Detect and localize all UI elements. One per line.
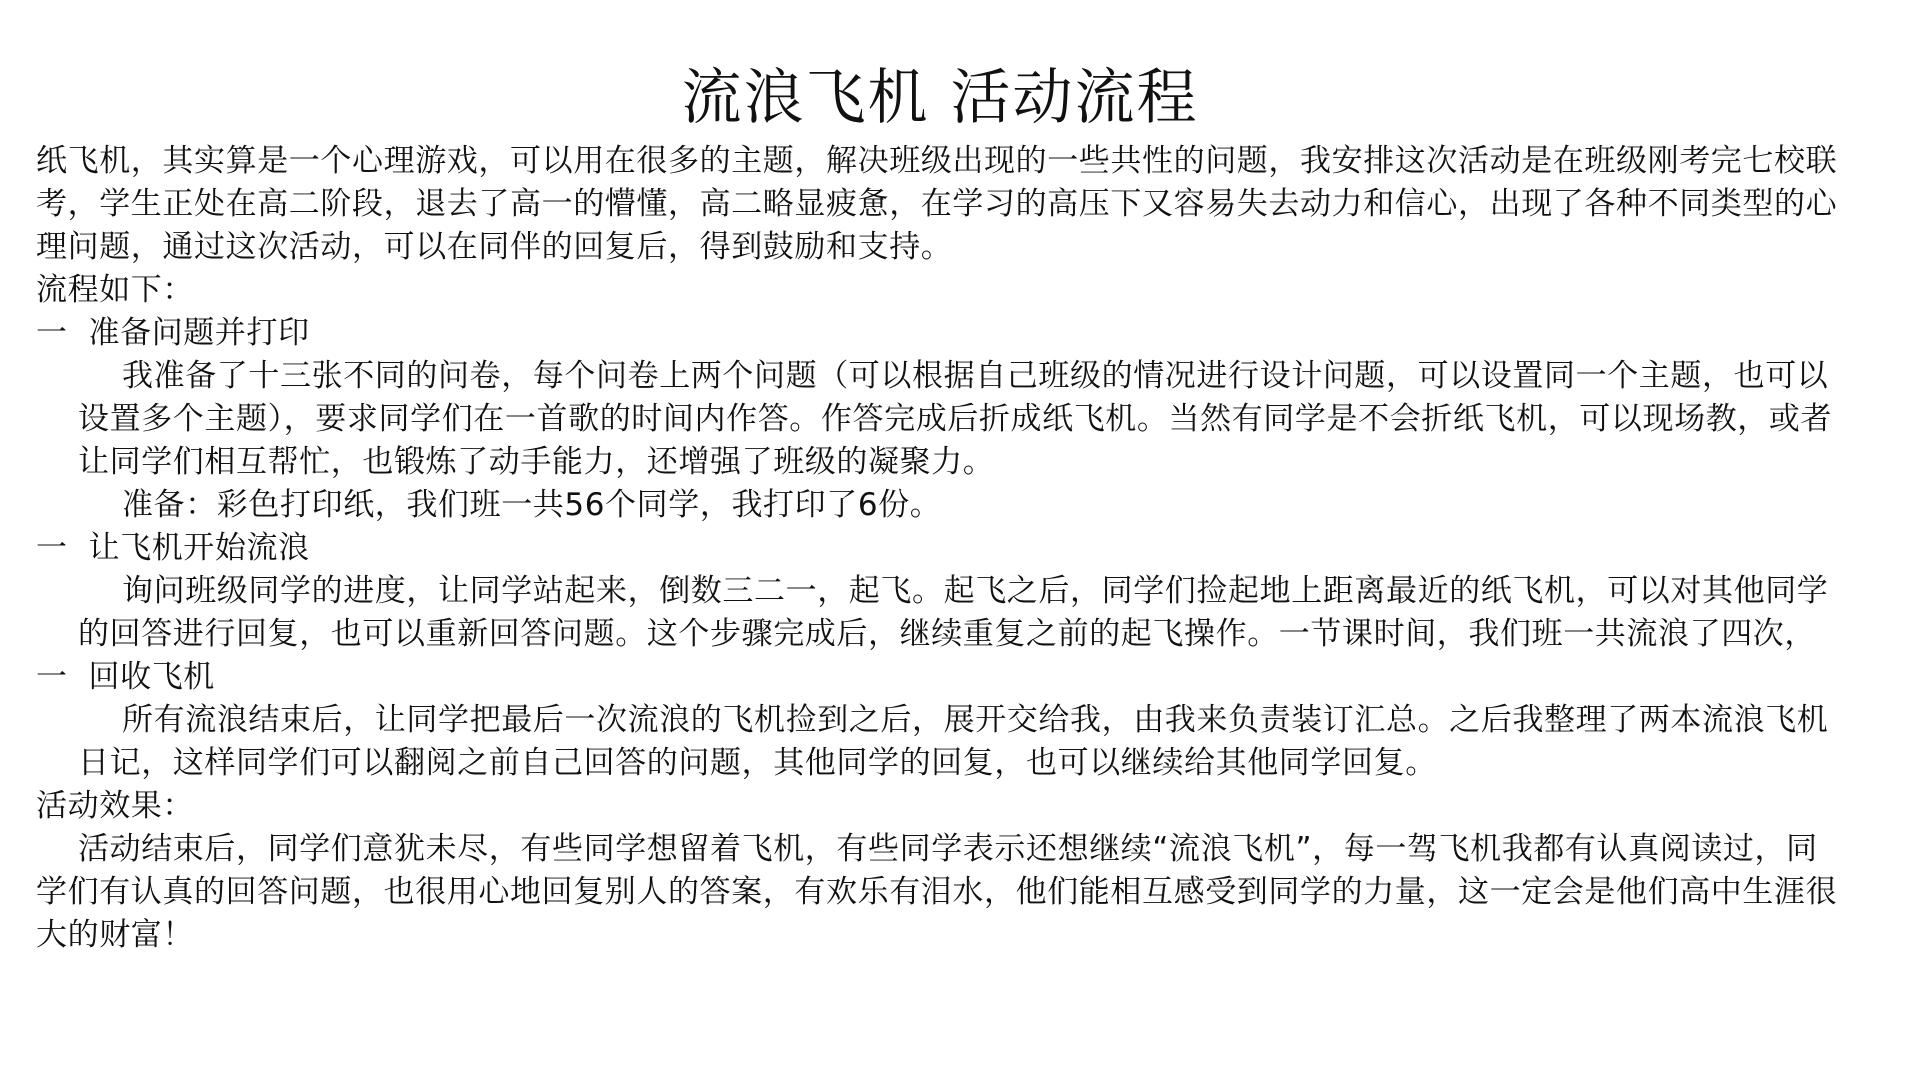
step-3-paragraph-1: 所有流浪结束后，让同学把最后一次流浪的飞机捡到之后，展开交给我，由我来负责装订汇… — [36, 699, 1846, 785]
process-label: 流程如下： — [36, 269, 1846, 312]
document-body: 纸飞机，其实算是一个心理游戏，可以用在很多的主题，解决班级出现的一些共性的问题，… — [36, 140, 1846, 957]
step-2-heading: 一 让飞机开始流浪 — [36, 527, 1846, 570]
step-1-heading: 一 准备问题并打印 — [36, 312, 1846, 355]
step-1-paragraph-1: 我准备了十三张不同的问卷，每个问卷上两个问题（可以根据自己班级的情况进行设计问题… — [36, 355, 1846, 484]
step-2-paragraph-1: 询问班级同学的进度，让同学站起来，倒数三二一，起飞。起飞之后，同学们捡起地上距离… — [36, 570, 1846, 656]
step-3-heading: 一 回收飞机 — [36, 656, 1846, 699]
effect-paragraph: 活动结束后，同学们意犹未尽，有些同学想留着飞机，有些同学表示还想继续“流浪飞机”… — [36, 828, 1846, 957]
page-title: 流浪飞机 活动流程 — [0, 58, 1880, 138]
document-page: 流浪飞机 活动流程 纸飞机，其实算是一个心理游戏，可以用在很多的主题，解决班级出… — [0, 0, 1920, 1080]
intro-paragraph: 纸飞机，其实算是一个心理游戏，可以用在很多的主题，解决班级出现的一些共性的问题，… — [36, 140, 1846, 269]
step-1-paragraph-2: 准备：彩色打印纸，我们班一共56个同学，我打印了6份。 — [36, 484, 1846, 527]
effect-label: 活动效果： — [36, 785, 1846, 828]
